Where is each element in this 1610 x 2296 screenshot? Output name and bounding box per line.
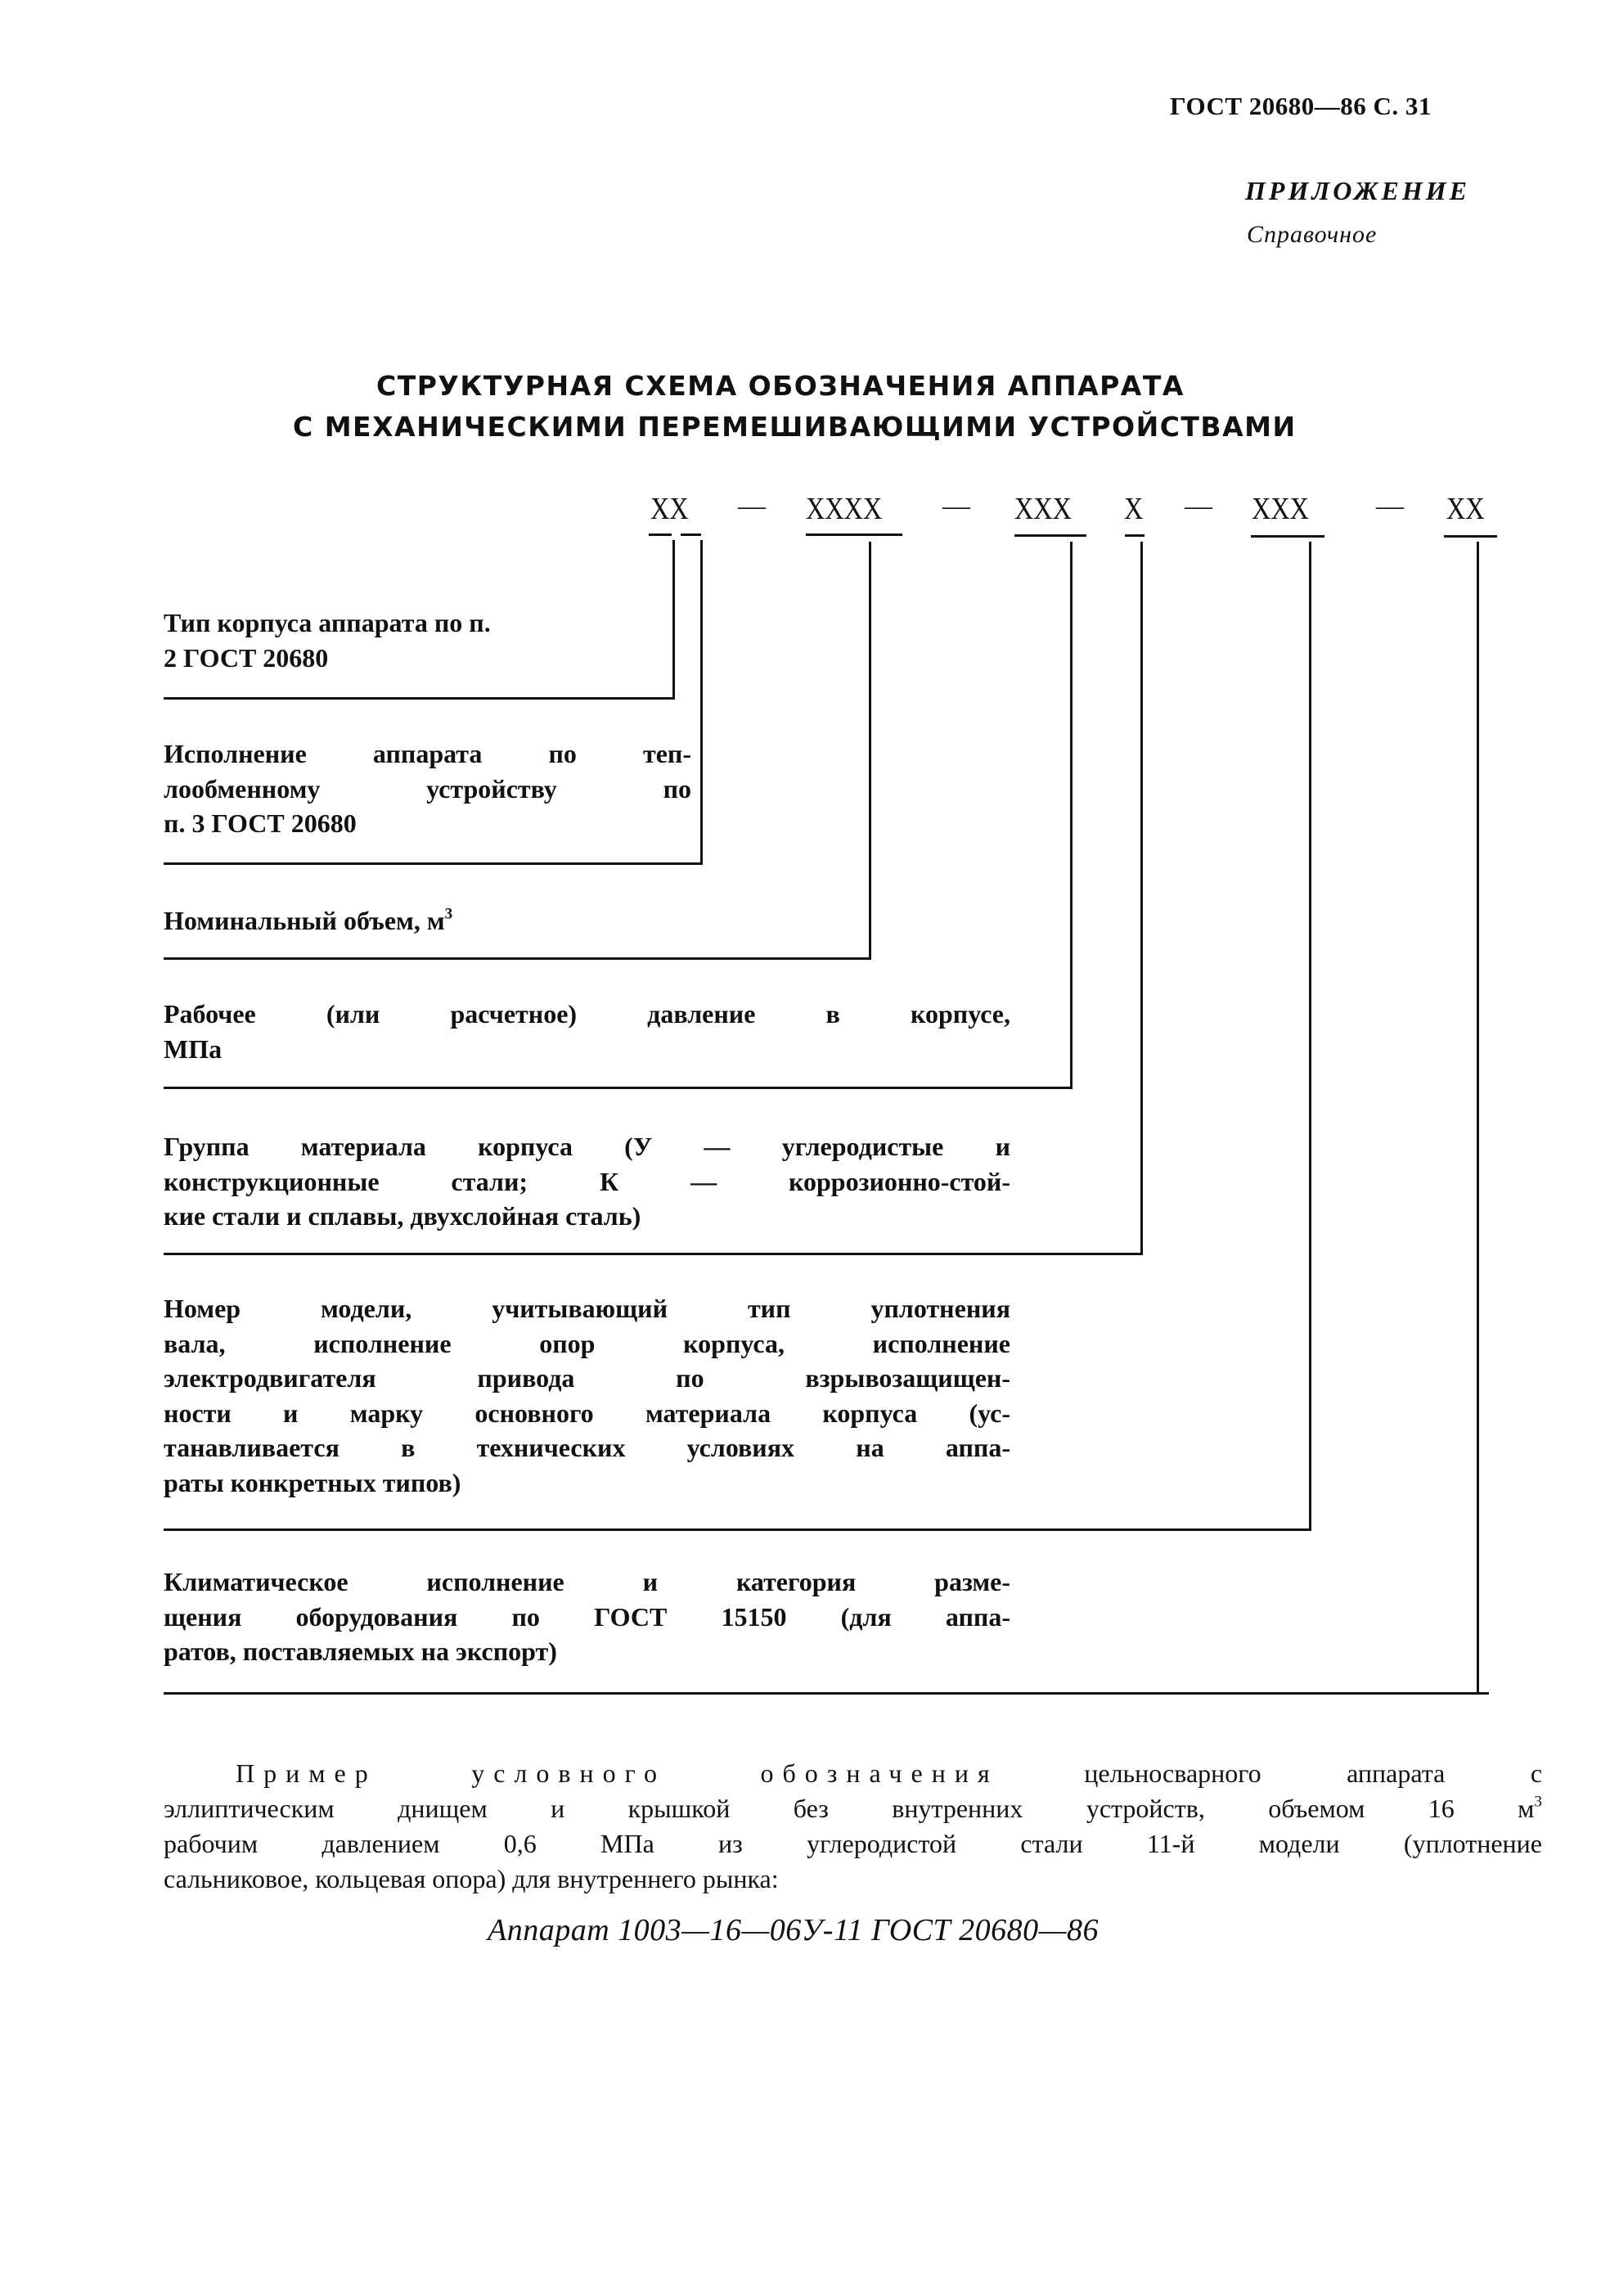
leader-line-1 [672, 540, 675, 698]
appendix-type: Справочное [1247, 221, 1377, 249]
label-line: Тип корпуса аппарата по п. [164, 606, 622, 641]
paragraph-line: сальниковое, кольцевая опора) для внутре… [164, 1862, 1542, 1897]
code-segment-volume: XXXX [806, 491, 882, 527]
page-header-reference: ГОСТ 20680—86 С. 31 [1170, 92, 1432, 121]
label-line: Номинальный объем, м3 [164, 903, 1010, 939]
label-rule-4 [164, 1087, 1073, 1089]
label-heat-exchange-version: Исполнение аппарата по теп- лообменному … [164, 736, 691, 841]
label-rule-2 [164, 862, 703, 865]
label-line: Группа материала корпуса (У — углеродист… [164, 1129, 1010, 1164]
code-segment-climate: XX [1446, 491, 1485, 527]
label-line: конструкционные стали; К — коррозионно-с… [164, 1164, 1010, 1200]
label-body-type: Тип корпуса аппарата по п. 2 ГОСТ 20680 [164, 606, 622, 675]
code-dash: — [1376, 491, 1404, 522]
code-underline [1014, 534, 1086, 537]
example-designation-formula: Аппарат 1003—16—06У-11 ГОСТ 20680—86 [488, 1912, 1099, 1948]
example-paragraph: Пример условного обозначения цельносварн… [164, 1756, 1542, 1897]
label-line: 2 ГОСТ 20680 [164, 641, 622, 676]
code-segment-model: XXX [1252, 491, 1309, 527]
label-line: ности и марку основного материала корпус… [164, 1396, 1010, 1431]
label-line: электродвигателя привода по взрывозащище… [164, 1361, 1010, 1396]
label-material-group: Группа материала корпуса (У — углеродист… [164, 1129, 1010, 1234]
leader-line-2 [700, 540, 703, 863]
label-line: кие стали и сплавы, двухслойная сталь) [164, 1199, 1010, 1234]
appendix-heading: ПРИЛОЖЕНИЕ [1245, 176, 1470, 206]
label-rule-6 [164, 1528, 1311, 1531]
label-rule-3 [164, 957, 871, 960]
label-model-number: Номер модели, учитывающий тип уплотнения… [164, 1291, 1010, 1500]
label-line: раты конкретных типов) [164, 1465, 1010, 1501]
document-title-line-2: С МЕХАНИЧЕСКИМИ ПЕРЕМЕШИВАЮЩИМИ УСТРОЙСТ… [293, 411, 1297, 443]
label-line: ратов, поставляемых на экспорт) [164, 1634, 1010, 1669]
code-underline [649, 533, 672, 536]
paragraph-line: эллиптическим днищем и крышкой без внутр… [164, 1791, 1542, 1826]
label-rule-7 [164, 1692, 1489, 1695]
leader-line-6 [1309, 542, 1311, 1528]
document-title-line-1: СТРУКТУРНАЯ СХЕМА ОБОЗНАЧЕНИЯ АППАРАТА [376, 370, 1185, 402]
code-underline [806, 533, 902, 536]
code-underline [1251, 535, 1324, 538]
label-rule-5 [164, 1253, 1143, 1255]
label-line: Климатическое исполнение и категория раз… [164, 1564, 1010, 1600]
code-underline [681, 533, 701, 536]
code-dash: — [738, 491, 766, 522]
leader-line-3 [869, 542, 871, 959]
label-line: МПа [164, 1032, 1010, 1067]
leader-line-7 [1477, 542, 1479, 1694]
label-rule-1 [164, 697, 675, 700]
label-line: щения оборудования по ГОСТ 15150 (для ап… [164, 1600, 1010, 1635]
leader-line-5 [1140, 542, 1143, 1254]
label-line: Рабочее (или расчетное) давление в корпу… [164, 997, 1010, 1032]
label-line: п. 3 ГОСТ 20680 [164, 806, 691, 841]
label-line: вала, исполнение опор корпуса, исполнени… [164, 1326, 1010, 1362]
leader-line-4 [1070, 542, 1073, 1088]
paragraph-line: Пример условного обозначения цельносварн… [164, 1756, 1542, 1791]
label-line: лообменному устройству по [164, 772, 691, 807]
example-lead: Пример условного обозначения [236, 1758, 999, 1788]
code-dash: — [1185, 491, 1212, 522]
label-line: Исполнение аппарата по теп- [164, 736, 691, 772]
code-segment-pressure: XXX [1014, 491, 1072, 527]
label-climatic-version: Климатическое исполнение и категория раз… [164, 1564, 1010, 1669]
code-underline [1444, 535, 1497, 538]
code-dash: — [942, 491, 970, 522]
label-working-pressure: Рабочее (или расчетное) давление в корпу… [164, 997, 1010, 1066]
code-segment-material: X [1124, 491, 1143, 527]
label-nominal-volume: Номинальный объем, м3 [164, 903, 1010, 939]
label-line: танавливается в технических условиях на … [164, 1430, 1010, 1465]
code-segment-body-type: XX [650, 491, 689, 527]
code-underline [1125, 534, 1145, 537]
paragraph-line: рабочим давлением 0,6 МПа из углеродисто… [164, 1826, 1542, 1862]
label-line: Номер модели, учитывающий тип уплотнения [164, 1291, 1010, 1326]
